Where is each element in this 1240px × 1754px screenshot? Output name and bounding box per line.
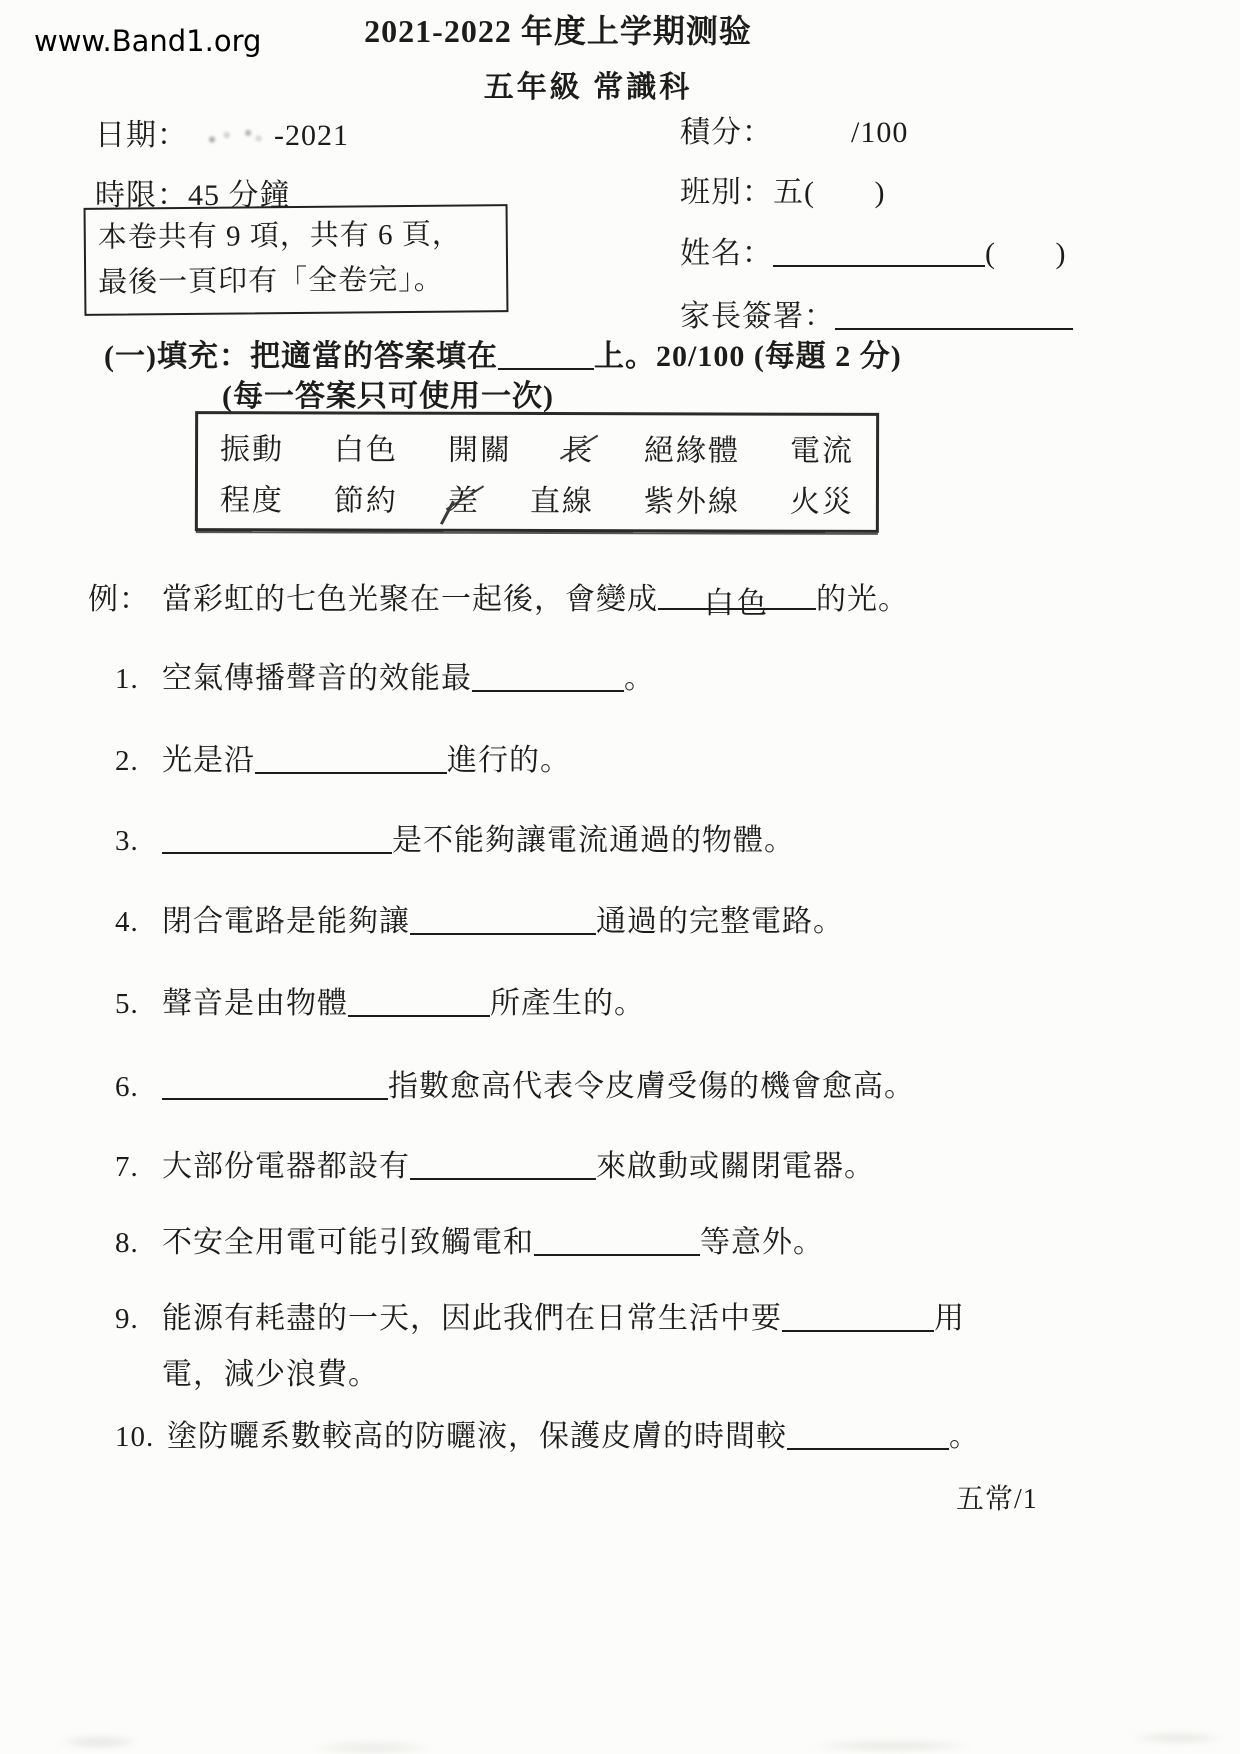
word-bank-item: 節約 xyxy=(334,475,398,519)
section-1-heading: (一)填充：把適當的答案填在上。20/100 (每題 2 分) xyxy=(104,331,902,375)
question-row: 5.聲音是由物體所產生的。 xyxy=(115,983,1175,1025)
word-bank-item: 絕緣體 xyxy=(644,425,740,469)
question-text: 能源有耗盡的一天，因此我們在日常生活中要用 xyxy=(162,1302,965,1335)
word-bank-row-2: 程度節約差直線紫外線火災 xyxy=(220,475,854,521)
class-label: 班別： xyxy=(680,176,773,209)
answer-blank xyxy=(534,1225,700,1257)
page-subtitle: 五年級 常識科 xyxy=(0,62,1208,106)
question-line2: 電，減少浪費。 xyxy=(162,1354,1175,1396)
section-1-note: (每一答案只可使用一次) xyxy=(222,371,554,415)
question-text-post: 進行的。 xyxy=(447,744,571,777)
question-text: 空氣傳播聲音的效能最。 xyxy=(162,662,655,695)
word-bank-item: 火災 xyxy=(790,476,854,520)
name-blank xyxy=(773,236,985,268)
question-number: 10. xyxy=(115,1417,167,1458)
question-text-pre: 光是沿 xyxy=(162,744,255,777)
question-text-post: 用 xyxy=(934,1302,965,1335)
word-bank-item: 長 xyxy=(562,425,594,469)
word-bank-item: 開關 xyxy=(448,424,512,468)
question-number: 2. xyxy=(115,741,162,782)
date-label: 日期： xyxy=(95,119,188,152)
question-text: 不安全用電可能引致觸電和等意外。 xyxy=(162,1226,824,1259)
section-1-heading-blank xyxy=(498,339,594,371)
parent-signature-label: 家長簽署： xyxy=(680,300,835,333)
answer-blank xyxy=(787,1419,949,1451)
notice-line-1: 本卷共有 9 項，共有 6 頁， xyxy=(98,212,494,260)
score-value: /100 xyxy=(851,116,908,149)
question-number: 3. xyxy=(115,821,162,862)
date-smudge xyxy=(188,123,274,145)
example-row: 例：當彩虹的七色光聚在一起後，會變成白色的光。 xyxy=(88,574,909,618)
question-text: 聲音是由物體所產生的。 xyxy=(162,987,645,1020)
word-bank-item: 電流 xyxy=(790,425,854,469)
question-number: 9. xyxy=(115,1299,162,1340)
word-bank-item: 直線 xyxy=(530,475,594,519)
scan-noise xyxy=(0,1714,1240,1754)
date-value: -2021 xyxy=(274,119,349,152)
question-text-pre: 能源有耗盡的一天，因此我們在日常生活中要 xyxy=(162,1302,782,1335)
word-bank-box: 振動白色開關長絕緣體電流 程度節約差直線紫外線火災 xyxy=(195,411,879,533)
question-text-pre: 不安全用電可能引致觸電和 xyxy=(162,1226,534,1259)
word-bank-item: 差 xyxy=(448,475,480,519)
question-text-pre: 空氣傳播聲音的效能最 xyxy=(162,662,472,695)
exam-header: 2021-2022 年度上学期测验 五年級 常識科 xyxy=(0,6,1178,106)
name-label: 姓名： xyxy=(680,237,773,270)
answer-blank xyxy=(162,823,392,855)
exam-page: www.Band1.org 2021-2022 年度上学期测验 五年級 常識科 … xyxy=(0,0,1240,1754)
question-text-post: 所產生的。 xyxy=(490,987,645,1020)
example-answer: 白色 xyxy=(704,587,770,620)
answer-blank xyxy=(472,661,624,693)
question-text: 大部份電器都設有來啟動或關閉電器。 xyxy=(162,1150,875,1183)
question-row: 3.是不能夠讓電流通過的物體。 xyxy=(115,820,1175,862)
name-number-parens: ( ) xyxy=(985,237,1066,270)
section-1-heading-post: 上。20/100 (每題 2 分) xyxy=(594,340,902,373)
answer-blank xyxy=(348,986,490,1018)
question-text: 是不能夠讓電流通過的物體。 xyxy=(162,824,795,857)
question-text: 指數愈高代表令皮膚受傷的機會愈高。 xyxy=(162,1070,915,1103)
class-value: 五( ) xyxy=(773,176,885,209)
word-bank-item: 程度 xyxy=(220,475,284,519)
score-label: 積分： xyxy=(680,116,773,149)
question-row: 10.塗防曬系數較高的防曬液，保護皮膚的時間較。 xyxy=(115,1416,1175,1458)
question-row: 9.能源有耗盡的一天，因此我們在日常生活中要用電，減少浪費。 xyxy=(115,1298,1175,1396)
question-number: 4. xyxy=(115,902,162,943)
question-number: 5. xyxy=(115,984,162,1025)
example-answer-blank: 白色 xyxy=(658,578,816,610)
question-text-pre: 大部份電器都設有 xyxy=(162,1150,410,1183)
question-text: 塗防曬系數較高的防曬液，保護皮膚的時間較。 xyxy=(167,1420,980,1453)
answer-blank xyxy=(410,1149,596,1181)
question-text-pre: 閉合電路是能夠讓 xyxy=(162,905,410,938)
question-text-post: 來啟動或關閉電器。 xyxy=(596,1150,875,1183)
exam-notice-box: 本卷共有 9 項，共有 6 頁， 最後一頁印有「全卷完」。 xyxy=(84,204,509,316)
question-row: 7.大部份電器都設有來啟動或關閉電器。 xyxy=(115,1146,1175,1188)
question-number: 1. xyxy=(115,659,162,700)
answer-blank xyxy=(255,743,447,775)
question-row: 6.指數愈高代表令皮膚受傷的機會愈高。 xyxy=(115,1066,1175,1108)
answer-blank xyxy=(782,1301,934,1333)
question-text: 光是沿進行的。 xyxy=(162,744,571,777)
word-bank-item: 白色 xyxy=(334,424,398,468)
date-row: 日期：-2021 xyxy=(95,110,349,154)
question-row: 4.閉合電路是能夠讓通過的完整電路。 xyxy=(115,901,1175,943)
question-text-pre: 塗防曬系數較高的防曬液，保護皮膚的時間較 xyxy=(167,1420,787,1453)
word-bank-item: 振動 xyxy=(220,424,284,468)
question-text-post: 。 xyxy=(624,662,655,695)
section-1-heading-pre: (一)填充：把適當的答案填在 xyxy=(104,340,498,373)
question-number: 6. xyxy=(115,1067,162,1108)
answer-blank xyxy=(162,1069,388,1101)
word-bank-row-1: 振動白色開關長絕緣體電流 xyxy=(220,424,854,470)
parent-signature-row: 家長簽署： xyxy=(680,291,1073,335)
notice-line-2: 最後一頁印有「全卷完」。 xyxy=(98,257,494,305)
example-post: 的光。 xyxy=(816,583,909,616)
answer-blank xyxy=(410,904,596,936)
question-text-post: 。 xyxy=(949,1420,980,1453)
question-text: 閉合電路是能夠讓通過的完整電路。 xyxy=(162,905,844,938)
question-number: 7. xyxy=(115,1147,162,1188)
question-number: 8. xyxy=(115,1223,162,1264)
question-row: 1.空氣傳播聲音的效能最。 xyxy=(115,658,1175,700)
example-pre: 當彩虹的七色光聚在一起後，會變成 xyxy=(162,583,658,616)
example-label: 例： xyxy=(88,574,162,618)
name-row: 姓名：( ) xyxy=(680,228,1066,272)
page-number: 五常/1 xyxy=(956,1477,1038,1517)
page-title: 2021-2022 年度上学期测验 xyxy=(0,6,1178,52)
class-row: 班別：五( ) xyxy=(680,167,885,211)
score-row: 積分：/100 xyxy=(680,107,908,151)
question-row: 2.光是沿進行的。 xyxy=(115,740,1175,782)
question-text-post: 指數愈高代表令皮膚受傷的機會愈高。 xyxy=(388,1070,915,1103)
question-text-post: 是不能夠讓電流通過的物體。 xyxy=(392,824,795,857)
parent-signature-blank xyxy=(835,299,1073,331)
question-row: 8.不安全用電可能引致觸電和等意外。 xyxy=(115,1222,1175,1264)
question-text-pre: 聲音是由物體 xyxy=(162,987,348,1020)
question-text-post: 等意外。 xyxy=(700,1226,824,1259)
word-bank-item: 紫外線 xyxy=(644,476,740,520)
question-text-post: 通過的完整電路。 xyxy=(596,905,844,938)
